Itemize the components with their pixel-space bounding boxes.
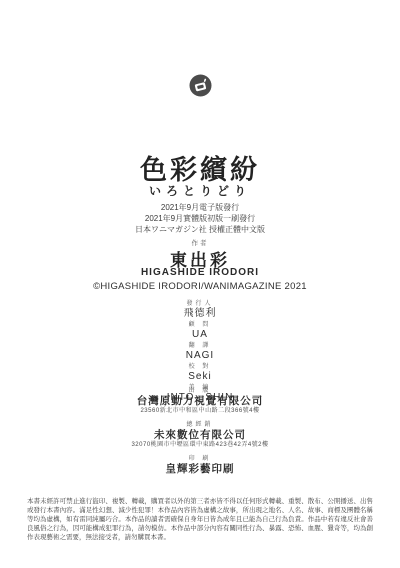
edition-line: 2021年9月實體版初版一刷發行	[0, 213, 400, 224]
credit-row: 翻 譯 NAGI	[0, 343, 400, 361]
book-subtitle: いろとりどり	[0, 182, 400, 199]
company-block: 出 版 台灣原動力視覺有限公司 23560新北市中和區中山路二段366號4樓	[0, 388, 400, 415]
company-role-label: 出 版	[0, 388, 400, 395]
copyright-line: ©HIGASHIDE IRODORI/WANIMAGAZINE 2021	[0, 281, 400, 292]
credit-row: 校 對 Seki	[0, 364, 400, 382]
edition-lines: 2021年9月電子版發行 2021年9月實體版初版一刷發行 日本ワニマガジン社 …	[0, 202, 400, 235]
company-address: 23560新北市中和區中山路二段366號4樓	[0, 407, 400, 415]
edition-line: 日本ワニマガジン社 授權正體中文版	[0, 224, 400, 235]
edition-line: 2021年9月電子版發行	[0, 202, 400, 213]
company-role-label: 總經銷	[0, 422, 400, 429]
company-name: 未來數位有限公司	[0, 429, 400, 441]
credit-row: 顧 問 UA	[0, 322, 400, 340]
credit-role-label: 發行人	[0, 301, 400, 308]
publisher-logo-icon	[188, 73, 213, 98]
company-block: 總經銷 未來數位有限公司 32070桃園市中壢區環中東路423巷42弄4號2樓	[0, 422, 400, 449]
credit-role-label: 顧 問	[0, 322, 400, 329]
company-name: 台灣原動力視覺有限公司	[0, 395, 400, 407]
credit-person-name: 飛德利	[0, 308, 400, 319]
legal-disclaimer: 本書未經許可禁止進行盜印、複製、轉載，購買者以外的第三者亦皆不得以任何形式轉載、…	[27, 497, 373, 542]
company-block: 印 刷 皇輝彩藝印刷	[0, 456, 400, 475]
credit-person-name: Seki	[0, 371, 400, 382]
author-romaji: HIGASHIDE IRODORI	[0, 267, 400, 278]
colophon-page: 色彩繽紛 いろとりどり 2021年9月電子版發行 2021年9月實體版初版一刷發…	[0, 0, 400, 568]
company-name: 皇輝彩藝印刷	[0, 463, 400, 475]
company-role-label: 印 刷	[0, 456, 400, 463]
credit-person-name: NAGI	[0, 350, 400, 361]
credit-role-label: 校 對	[0, 364, 400, 371]
credit-row: 發行人 飛德利	[0, 301, 400, 319]
company-address: 32070桃園市中壢區環中東路423巷42弄4號2樓	[0, 441, 400, 449]
companies-list: 出 版 台灣原動力視覺有限公司 23560新北市中和區中山路二段366號4樓 總…	[0, 388, 400, 482]
credit-role-label: 翻 譯	[0, 343, 400, 350]
credit-person-name: UA	[0, 329, 400, 340]
publisher-logo	[0, 73, 400, 98]
